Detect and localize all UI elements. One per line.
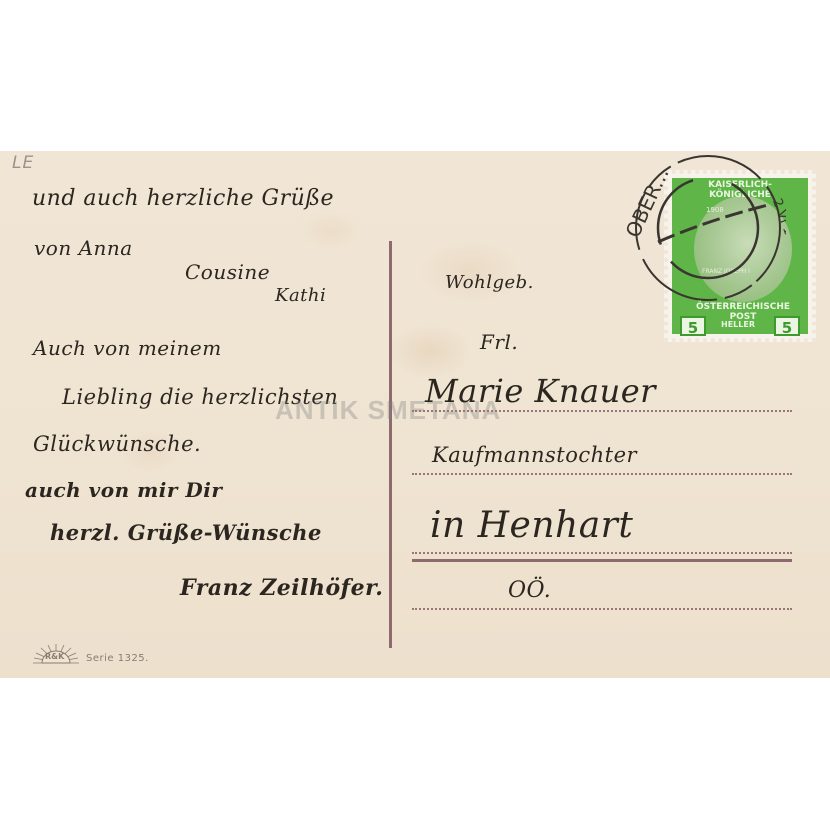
stamp-portrait-name: FRANZ JOSEPH I xyxy=(702,268,750,276)
address-line-2 xyxy=(412,473,792,475)
message-line-1: und auch herzliche Grüße xyxy=(32,186,334,211)
stamp-year: 1908 xyxy=(706,206,724,214)
address-title: Frl. xyxy=(480,330,518,354)
address-underline xyxy=(412,559,792,562)
stamp-value-left: 5 xyxy=(680,316,706,336)
address-line-4 xyxy=(412,608,792,610)
message-line-2: von Anna xyxy=(34,236,133,260)
address-region: OÖ. xyxy=(508,578,551,603)
message-line-5: Auch von meinem xyxy=(33,336,222,360)
address-name: Marie Knauer xyxy=(425,372,656,410)
message-line-3: Cousine xyxy=(185,260,270,284)
publisher-logo-text: R&K xyxy=(45,652,64,661)
stamp-value-right: 5 xyxy=(774,316,800,336)
series-number: Serie 1325. xyxy=(86,653,149,664)
message-line-8: auch von mir Dir xyxy=(25,478,222,502)
center-divider xyxy=(389,241,392,648)
address-line-3 xyxy=(412,552,792,554)
postage-stamp: KAISERLICH-KÖNIGLICHE 1908 FRANZ JOSEPH … xyxy=(664,170,816,342)
address-town: in Henhart xyxy=(430,505,633,546)
stamp-top-text: KAISERLICH-KÖNIGLICHE xyxy=(680,180,800,200)
stamp-denomination: HELLER xyxy=(718,320,758,329)
address-line-1 xyxy=(412,410,792,412)
message-line-7: Glückwünsche. xyxy=(33,432,201,456)
signature: Franz Zeilhöfer. xyxy=(180,575,383,601)
address-occupation: Kaufmannstochter xyxy=(432,443,637,467)
address-salutation: Wohlgeb. xyxy=(445,272,534,293)
pencil-mark: LE xyxy=(12,153,34,173)
message-line-4: Kathi xyxy=(275,285,326,306)
message-line-9: herzl. Grüße-Wünsche xyxy=(50,520,322,545)
